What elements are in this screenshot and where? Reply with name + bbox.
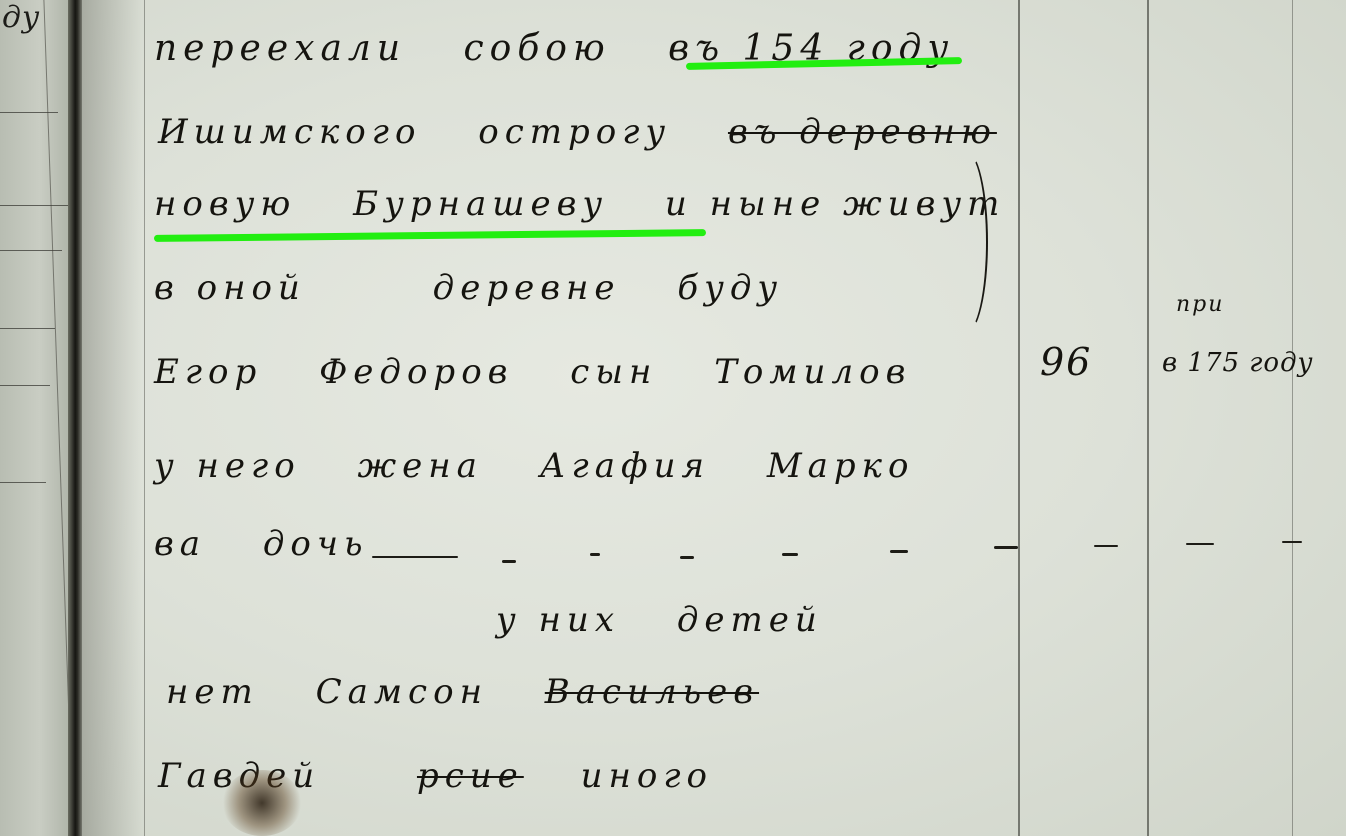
year-note-superscript: при — [1176, 292, 1224, 317]
fill-dash — [1186, 543, 1214, 545]
word-with-strikeout: рсие — [417, 756, 524, 796]
highlighted-village-name: Бурнашеву — [353, 184, 608, 224]
word: иного — [581, 756, 713, 796]
fill-dash — [590, 553, 600, 556]
word: нет — [166, 672, 259, 712]
word: буду — [677, 268, 783, 308]
left-page-rule — [0, 250, 62, 251]
year-note: в 175 году — [1162, 348, 1314, 378]
word: Федоров — [319, 352, 513, 392]
left-page-rule — [0, 385, 50, 386]
word: Марко — [767, 446, 915, 486]
word: собою — [463, 28, 610, 69]
fill-dash — [502, 560, 516, 563]
left-page-rule — [0, 482, 46, 483]
manuscript-line-9: нет Самсон Васильев — [166, 672, 799, 712]
highlighter-underline-village — [154, 229, 706, 242]
word: Егор — [154, 352, 262, 392]
left-page-rule — [0, 328, 55, 329]
ink-stain — [222, 770, 302, 836]
column-rule-2 — [1147, 0, 1149, 836]
left-facing-page: ду — [0, 0, 72, 836]
fill-dash — [372, 556, 458, 558]
word: жена — [358, 446, 483, 486]
fill-dash — [1094, 545, 1118, 547]
fill-dash — [1282, 541, 1302, 543]
fill-dash — [994, 546, 1018, 549]
word: дочь — [263, 524, 369, 564]
fill-dash — [782, 553, 798, 556]
highlighted-word: новую — [154, 184, 296, 224]
word: в оной — [154, 268, 306, 308]
left-page-rule — [0, 205, 70, 206]
left-page-corner-text: ду — [2, 0, 40, 35]
word: Агафия — [540, 446, 710, 486]
word: у них — [496, 600, 620, 640]
word: деревне — [433, 268, 621, 308]
manuscript-line-4: в оной деревне буду — [154, 268, 823, 308]
word: Самсон — [316, 672, 488, 712]
word-with-strikeout: въ деревню — [728, 112, 997, 152]
fill-dash — [680, 556, 694, 559]
manuscript-line-5: Егор Федоров сын Томилов — [154, 352, 951, 392]
manuscript-line-2: Ишимского острогу въ деревню — [158, 112, 1037, 152]
word: Ишимского — [158, 112, 421, 152]
word: у него — [154, 446, 301, 486]
left-page-rule — [0, 112, 58, 113]
bracket-flourish — [944, 150, 988, 334]
word: сын — [570, 352, 657, 392]
gutter-shadow — [82, 0, 142, 836]
word: детей — [677, 600, 823, 640]
word-with-strikeout: Васильев — [545, 672, 759, 712]
manuscript-line-3: новую Бурнашеву и ныне живут — [154, 184, 1045, 224]
manuscript-line-7: ва дочь — [154, 524, 409, 564]
word: ва — [154, 524, 206, 564]
age-entry: 96 — [1040, 340, 1092, 384]
margin-rule-left — [144, 0, 145, 836]
column-rule-3 — [1292, 0, 1293, 836]
manuscript-line-6: у него жена Агафия Марко — [154, 446, 954, 486]
word: острогу — [478, 112, 671, 152]
word: Томилов — [714, 352, 911, 392]
word: переехали — [154, 28, 406, 69]
fill-dash — [890, 550, 908, 553]
manuscript-page: переехали собою въ 154 году Ишимского ос… — [82, 0, 1346, 836]
manuscript-line-8: у них детей — [496, 600, 863, 640]
